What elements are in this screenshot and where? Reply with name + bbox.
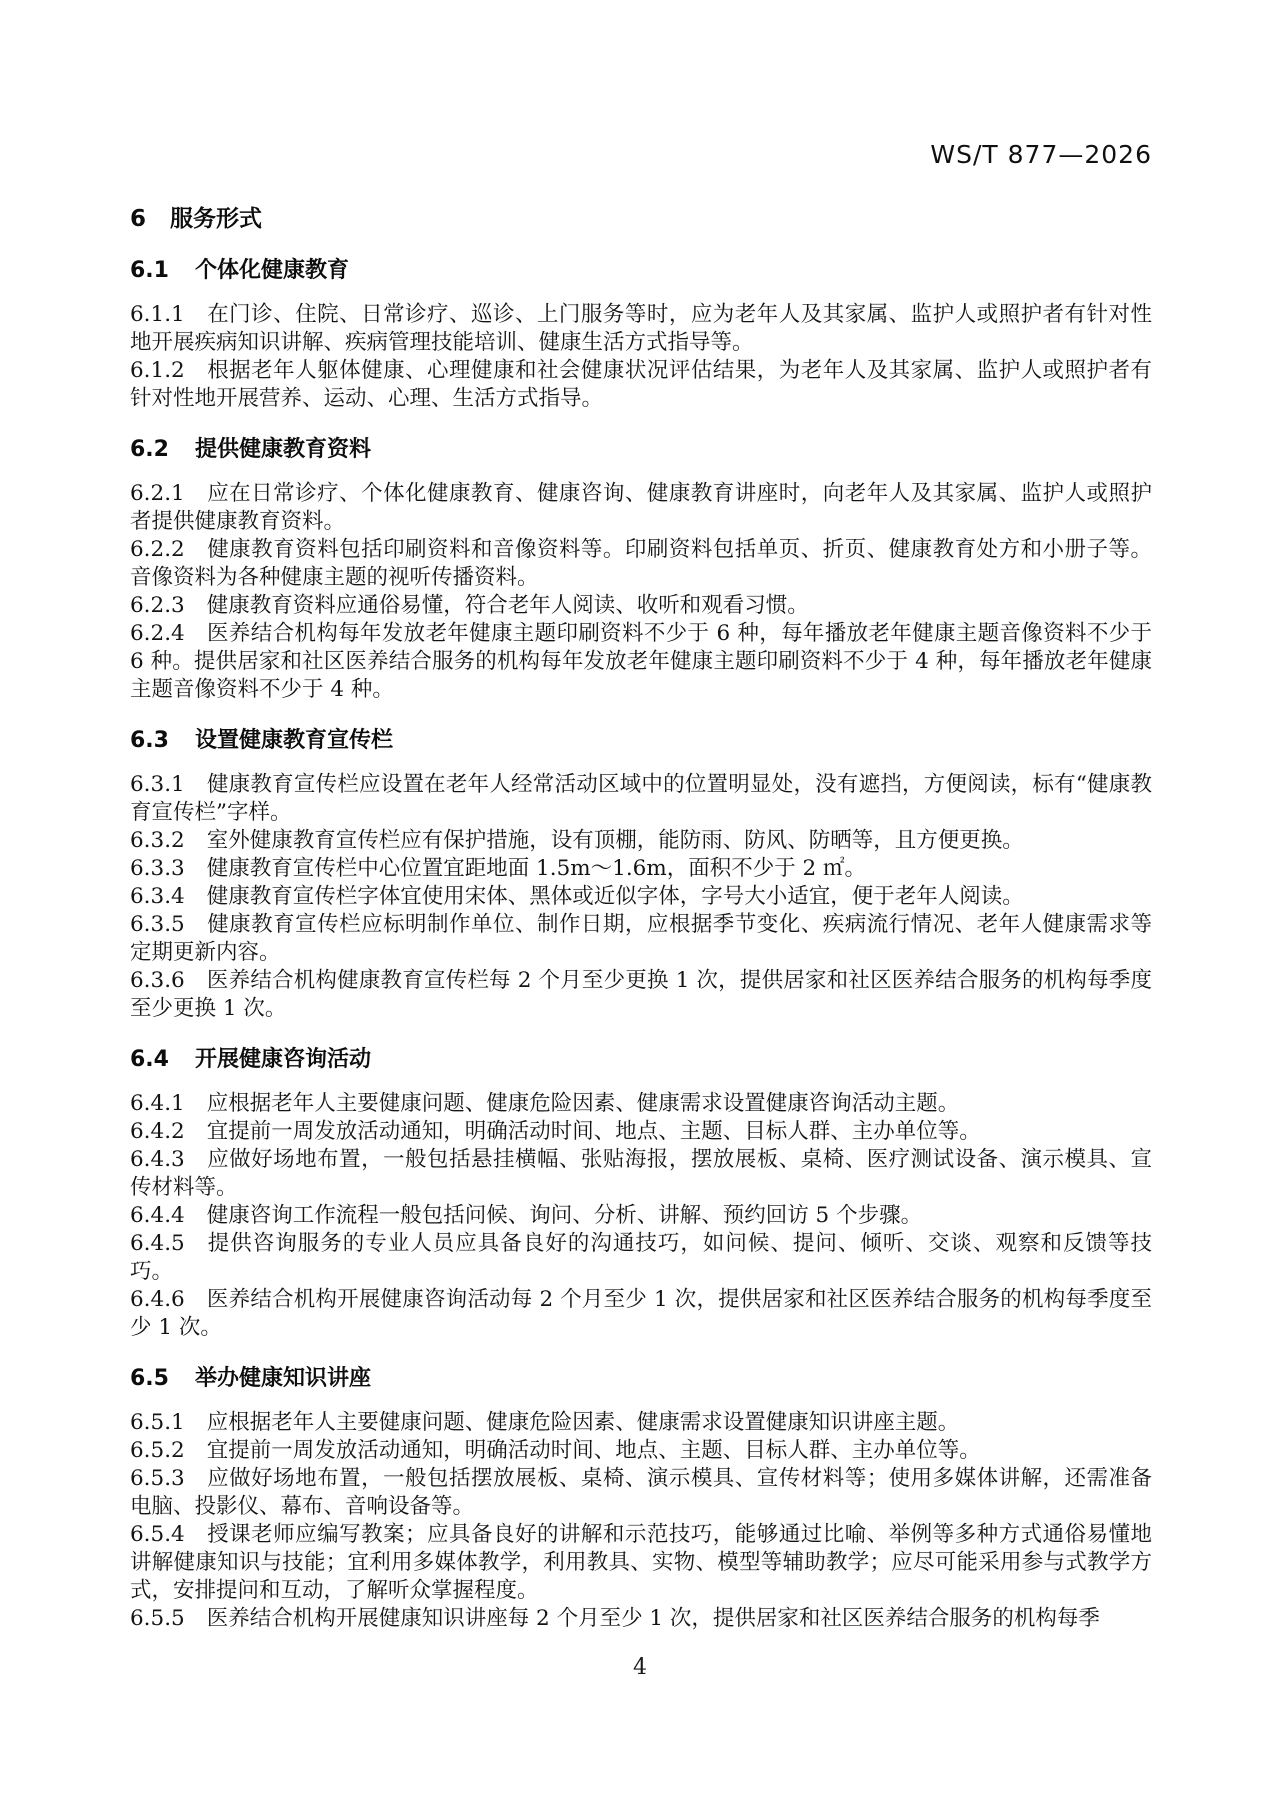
clause-text: 提供咨询服务的专业人员应具备良好的沟通技巧，如问候、提问、倾听、交谈、观察和反馈… (130, 1231, 1152, 1284)
clause-number: 6.3.4 (130, 884, 207, 909)
clause-paragraph: 6.2.4医养结合机构每年发放老年健康主题印刷资料不少于 6 种，每年播放老年健… (130, 620, 1152, 704)
clause-paragraph: 6.5.4授课老师应编写教案；应具备良好的讲解和示范技巧，能够通过比喻、举例等多… (130, 1521, 1152, 1605)
clause-number: 6.1.2 (130, 358, 207, 383)
clause-number: 6.3.2 (130, 828, 207, 853)
clause-number: 6.4.3 (130, 1147, 207, 1172)
clause-text: 医养结合机构健康教育宣传栏每 2 个月至少更换 1 次，提供居家和社区医养结合服… (130, 968, 1152, 1021)
clause-number: 6.2.3 (130, 593, 207, 618)
clause-text: 根据老年人躯体健康、心理健康和社会健康状况评估结果，为老年人及其家属、监护人或照… (130, 358, 1152, 411)
clause-number: 6.2.2 (130, 537, 207, 562)
clause-paragraph: 6.5.5医养结合机构开展健康知识讲座每 2 个月至少 1 次，提供居家和社区医… (130, 1605, 1152, 1633)
clause-number: 6.5.2 (130, 1438, 207, 1463)
clause-number: 6.5.5 (130, 1606, 207, 1631)
clause-number: 6.3.3 (130, 856, 207, 881)
clause-text: 健康教育宣传栏应标明制作单位、制作日期，应根据季节变化、疾病流行情况、老年人健康… (130, 912, 1152, 965)
page-content: WS/T 877—2026 6服务形式 6.1个体化健康教育6.1.1在门诊、住… (0, 0, 1280, 1633)
clause-number: 6.5.1 (130, 1410, 207, 1435)
subsection-title: 提供健康教育资料 (195, 437, 371, 462)
clause-text: 宜提前一周发放活动通知，明确活动时间、地点、主题、目标人群、主办单位等。 (207, 1119, 981, 1144)
clause-text: 应根据老年人主要健康问题、健康危险因素、健康需求设置健康咨询活动主题。 (207, 1091, 960, 1116)
clause-number: 6.5.3 (130, 1466, 207, 1491)
clause-paragraph: 6.3.6医养结合机构健康教育宣传栏每 2 个月至少更换 1 次，提供居家和社区… (130, 967, 1152, 1023)
clause-paragraph: 6.5.3应做好场地布置，一般包括摆放展板、桌椅、演示模具、宣传材料等；使用多媒… (130, 1465, 1152, 1521)
clause-text: 医养结合机构开展健康知识讲座每 2 个月至少 1 次，提供居家和社区医养结合服务… (207, 1606, 1100, 1631)
chapter-number: 6 (130, 206, 146, 232)
clause-text: 医养结合机构开展健康咨询活动每 2 个月至少 1 次，提供居家和社区医养结合服务… (130, 1287, 1152, 1340)
clause-paragraph: 6.5.2宜提前一周发放活动通知，明确活动时间、地点、主题、目标人群、主办单位等… (130, 1437, 1152, 1465)
clause-text: 健康教育资料包括印刷资料和音像资料等。印刷资料包括单页、折页、健康教育处方和小册… (130, 537, 1152, 590)
page-number: 4 (0, 1655, 1280, 1680)
clause-paragraph: 6.4.6医养结合机构开展健康咨询活动每 2 个月至少 1 次，提供居家和社区医… (130, 1286, 1152, 1342)
clause-text: 健康教育资料应通俗易懂，符合老年人阅读、收听和观看习惯。 (207, 593, 809, 618)
sections-container: 6.1个体化健康教育6.1.1在门诊、住院、日常诊疗、巡诊、上门服务等时，应为老… (130, 256, 1152, 1633)
subsection-heading: 6.4开展健康咨询活动 (130, 1045, 1152, 1074)
clause-text: 应做好场地布置，一般包括悬挂横幅、张贴海报，摆放展板、桌椅、医疗测试设备、演示模… (130, 1147, 1152, 1200)
clause-paragraph: 6.4.1应根据老年人主要健康问题、健康危险因素、健康需求设置健康咨询活动主题。 (130, 1090, 1152, 1118)
chapter-heading: 6服务形式 (130, 204, 1152, 234)
clause-paragraph: 6.3.2室外健康教育宣传栏应有保护措施，设有顶棚，能防雨、防风、防晒等，且方便… (130, 827, 1152, 855)
subsection-title: 开展健康咨询活动 (195, 1047, 371, 1072)
subsection-number: 6.1 (130, 258, 169, 283)
clause-text: 在门诊、住院、日常诊疗、巡诊、上门服务等时，应为老年人及其家属、监护人或照护者有… (130, 302, 1152, 355)
clause-paragraph: 6.2.2健康教育资料包括印刷资料和音像资料等。印刷资料包括单页、折页、健康教育… (130, 536, 1152, 592)
subsection-title: 个体化健康教育 (195, 258, 349, 283)
clause-text: 健康教育宣传栏字体宜使用宋体、黑体或近似字体，字号大小适宜，便于老年人阅读。 (207, 884, 1024, 909)
subsection-heading: 6.2提供健康教育资料 (130, 435, 1152, 464)
clause-paragraph: 6.1.1在门诊、住院、日常诊疗、巡诊、上门服务等时，应为老年人及其家属、监护人… (130, 301, 1152, 357)
subsection-title: 举办健康知识讲座 (195, 1366, 371, 1391)
clause-number: 6.2.4 (130, 621, 207, 646)
clause-text: 室外健康教育宣传栏应有保护措施，设有顶棚，能防雨、防风、防晒等，且方便更换。 (207, 828, 1024, 853)
subsection-number: 6.5 (130, 1366, 169, 1391)
clause-paragraph: 6.3.5健康教育宣传栏应标明制作单位、制作日期，应根据季节变化、疾病流行情况、… (130, 911, 1152, 967)
clause-text: 应在日常诊疗、个体化健康教育、健康咨询、健康教育讲座时，向老年人及其家属、监护人… (130, 481, 1152, 534)
clause-text: 健康教育宣传栏中心位置宜距地面 1.5m～1.6m，面积不少于 2 ㎡。 (207, 856, 866, 881)
clause-number: 6.4.2 (130, 1119, 207, 1144)
clause-paragraph: 6.5.1应根据老年人主要健康问题、健康危险因素、健康需求设置健康知识讲座主题。 (130, 1409, 1152, 1437)
clause-text: 授课老师应编写教案；应具备良好的讲解和示范技巧，能够通过比喻、举例等多种方式通俗… (130, 1522, 1152, 1603)
clause-text: 宜提前一周发放活动通知，明确活动时间、地点、主题、目标人群、主办单位等。 (207, 1438, 981, 1463)
clause-paragraph: 6.1.2根据老年人躯体健康、心理健康和社会健康状况评估结果，为老年人及其家属、… (130, 357, 1152, 413)
clause-number: 6.4.6 (130, 1287, 207, 1312)
clause-number: 6.3.6 (130, 968, 207, 993)
subsection-number: 6.3 (130, 728, 169, 753)
clause-number: 6.3.5 (130, 912, 207, 937)
doc-number: WS/T 877—2026 (130, 140, 1152, 170)
clause-paragraph: 6.3.4健康教育宣传栏字体宜使用宋体、黑体或近似字体，字号大小适宜，便于老年人… (130, 883, 1152, 911)
clause-paragraph: 6.4.4健康咨询工作流程一般包括问候、询问、分析、讲解、预约回访 5 个步骤。 (130, 1202, 1152, 1230)
subsection-heading: 6.5举办健康知识讲座 (130, 1364, 1152, 1393)
clause-number: 6.2.1 (130, 481, 207, 506)
clause-number: 6.4.4 (130, 1203, 207, 1228)
clause-number: 6.3.1 (130, 772, 207, 797)
clause-paragraph: 6.4.3应做好场地布置，一般包括悬挂横幅、张贴海报，摆放展板、桌椅、医疗测试设… (130, 1146, 1152, 1202)
chapter-title: 服务形式 (170, 206, 262, 232)
clause-text: 健康咨询工作流程一般包括问候、询问、分析、讲解、预约回访 5 个步骤。 (207, 1203, 922, 1228)
subsection-number: 6.4 (130, 1047, 169, 1072)
clause-number: 6.1.1 (130, 302, 207, 327)
clause-paragraph: 6.2.3健康教育资料应通俗易懂，符合老年人阅读、收听和观看习惯。 (130, 592, 1152, 620)
clause-paragraph: 6.3.1健康教育宣传栏应设置在老年人经常活动区域中的位置明显处，没有遮挡，方便… (130, 771, 1152, 827)
clause-paragraph: 6.3.3健康教育宣传栏中心位置宜距地面 1.5m～1.6m，面积不少于 2 ㎡… (130, 855, 1152, 883)
clause-text: 医养结合机构每年发放老年健康主题印刷资料不少于 6 种，每年播放老年健康主题音像… (130, 621, 1152, 702)
clause-paragraph: 6.4.2宜提前一周发放活动通知，明确活动时间、地点、主题、目标人群、主办单位等… (130, 1118, 1152, 1146)
subsection-title: 设置健康教育宣传栏 (195, 728, 393, 753)
subsection-number: 6.2 (130, 437, 169, 462)
clause-paragraph: 6.2.1应在日常诊疗、个体化健康教育、健康咨询、健康教育讲座时，向老年人及其家… (130, 480, 1152, 536)
clause-text: 应做好场地布置，一般包括摆放展板、桌椅、演示模具、宣传材料等；使用多媒体讲解，还… (130, 1466, 1152, 1519)
clause-number: 6.4.5 (130, 1231, 207, 1256)
document-page: WS/T 877—2026 6服务形式 6.1个体化健康教育6.1.1在门诊、住… (0, 0, 1280, 1810)
clause-number: 6.4.1 (130, 1091, 207, 1116)
subsection-heading: 6.3设置健康教育宣传栏 (130, 726, 1152, 755)
clause-number: 6.5.4 (130, 1522, 207, 1547)
subsection-heading: 6.1个体化健康教育 (130, 256, 1152, 285)
clause-text: 健康教育宣传栏应设置在老年人经常活动区域中的位置明显处，没有遮挡，方便阅读，标有… (130, 772, 1152, 825)
clause-paragraph: 6.4.5提供咨询服务的专业人员应具备良好的沟通技巧，如问候、提问、倾听、交谈、… (130, 1230, 1152, 1286)
clause-text: 应根据老年人主要健康问题、健康危险因素、健康需求设置健康知识讲座主题。 (207, 1410, 960, 1435)
